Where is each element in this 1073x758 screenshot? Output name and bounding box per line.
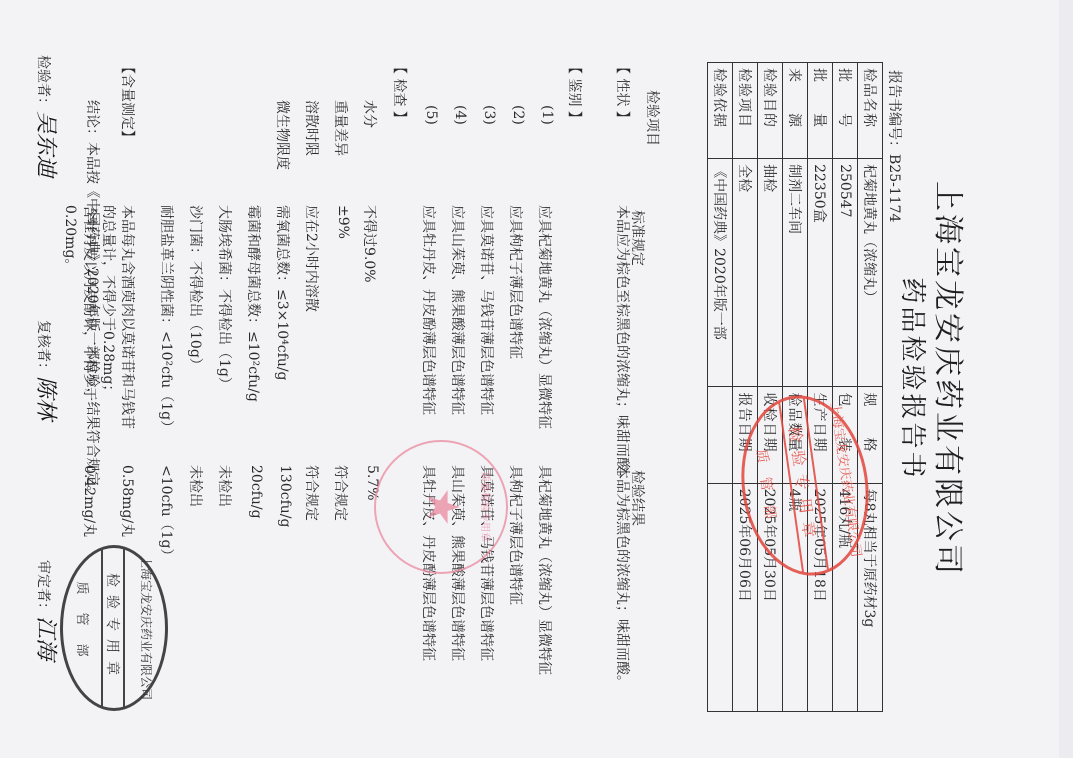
identification-standard: 应具山茱萸、熊果酸薄层色谱特征 bbox=[448, 205, 468, 415]
character-standard: 本品应为棕色至棕黑色的浓缩丸；味甜而酸。 bbox=[613, 205, 633, 485]
identification-no: (2) bbox=[510, 105, 526, 125]
star-icon: ★ bbox=[417, 442, 468, 572]
inspection-result: 130cfu/g bbox=[277, 465, 293, 527]
inspection-standard: 应在2小时内溶散 bbox=[302, 205, 322, 312]
character-result: 本品为棕黑色的浓缩丸；味甜而酸。 bbox=[613, 465, 633, 689]
inspection-item-name: 重量差异 bbox=[331, 100, 351, 156]
info-value bbox=[708, 483, 733, 711]
conclusion: 结论：本品按《中国药典》2020年版一部检验，结果符合规定。 bbox=[83, 100, 103, 500]
approver-signature: 审定者：江海 bbox=[32, 560, 63, 660]
inspection-standard: ±9% bbox=[335, 205, 351, 239]
identification-standard: 应具牡丹皮、丹皮酚薄层色谱特征 bbox=[419, 205, 439, 415]
assay-result: 0.58mg/丸 bbox=[118, 465, 138, 537]
inspection-result: 未检出 bbox=[186, 465, 206, 507]
identification-standard: 应具枸杞子薄层色谱特征 bbox=[506, 205, 526, 359]
company-title: 上海宝龙安庆药业有限公司 bbox=[929, 0, 973, 758]
info-label: 批 号 bbox=[833, 63, 858, 159]
inspector-signature: 检验者：吴东迪 bbox=[32, 55, 63, 177]
section-assay: 【含量测定】 bbox=[118, 60, 138, 144]
info-value: 全检 bbox=[733, 159, 758, 387]
inspection-standard: 大肠埃希菌：不得检出（1g） bbox=[215, 205, 235, 391]
info-table: 检品名称杞菊地黄丸（浓缩丸）规 格每8丸相当于原药材3g批 号250547包 装… bbox=[707, 62, 883, 712]
info-label: 检验依据 bbox=[708, 63, 733, 159]
inspection-result: 20cfu/g bbox=[248, 465, 264, 519]
identification-no: (5) bbox=[423, 105, 439, 125]
info-value: 《中国药典》2020年版一部 bbox=[708, 159, 733, 387]
section-character: 【 性状 】 bbox=[613, 60, 633, 125]
inspection-standard: 霉菌和酵母菌总数：≤10²cfu/g bbox=[244, 205, 264, 402]
gray-qa-stamp: 上海宝龙安庆药业有限公司 检验专用章 质管部 bbox=[60, 545, 168, 711]
section-inspection: 【 检查 】 bbox=[390, 60, 410, 125]
info-row: 检品名称杞菊地黄丸（浓缩丸）规 格每8丸相当于原药材3g bbox=[858, 63, 883, 712]
pink-star-stamp: 质量检验专用章 ★ bbox=[374, 440, 508, 574]
inspection-result: 未检出 bbox=[215, 465, 235, 507]
info-row: 检验依据《中国药典》2020年版一部 bbox=[708, 63, 733, 712]
info-label: 检验目的 bbox=[758, 63, 783, 159]
reviewer-signature: 复核者：陈林 bbox=[32, 320, 63, 420]
info-row: 批 量22350盒生产日期2025年05月18日 bbox=[808, 63, 833, 712]
info-row: 来 源制剂二车间检品数量4瓶 bbox=[783, 63, 808, 712]
info-label: 检验项目 bbox=[733, 63, 758, 159]
identification-result: 具杞菊地黄丸（浓缩丸）显微特征 bbox=[535, 465, 555, 675]
identification-no: (3) bbox=[481, 105, 497, 125]
inspection-standard: 耐胆盐革兰阴性菌：<10²cfu（1g） bbox=[157, 205, 177, 434]
info-row: 检验项目全检报告日期2025年06月06日 bbox=[733, 63, 758, 712]
identification-no: (1) bbox=[539, 105, 555, 125]
assay-standard-line: 本品每丸含酒萸肉以莫诺苷和马钱苷 bbox=[118, 205, 138, 429]
info-row: 批 号250547包 装416丸/瓶 bbox=[833, 63, 858, 712]
inspection-standard: 需氧菌总数：≤3×10⁴cfu/g bbox=[273, 205, 293, 381]
info-row: 检验目的抽检收检日期2025年05月30日 bbox=[758, 63, 783, 712]
inspection-item-name: 水分 bbox=[360, 100, 380, 128]
scan-edge-right bbox=[1059, 0, 1073, 758]
inspection-item-name: 溶散时限 bbox=[302, 100, 322, 156]
inspection-result: 符合规定 bbox=[302, 465, 322, 521]
inspection-standard: 不得过9.0% bbox=[360, 205, 380, 283]
identification-result: 具枸杞子薄层色谱特征 bbox=[506, 465, 526, 605]
report-number: 报告书编号：B25-1174 bbox=[885, 70, 905, 222]
inspection-item-name: 微生物限度 bbox=[273, 100, 293, 170]
inspection-standard: 沙门菌：不得检出（10g） bbox=[186, 205, 206, 372]
assay-standard-line: 0.20mg。 bbox=[61, 205, 81, 272]
info-value: 抽检 bbox=[758, 159, 783, 387]
info-value: 制剂二车间 bbox=[783, 159, 808, 387]
inspection-result: <10cfu（1g） bbox=[157, 465, 177, 562]
info-value: 22350盒 bbox=[808, 159, 833, 387]
info-value: 250547 bbox=[833, 159, 858, 387]
inspection-result: 符合规定 bbox=[331, 465, 351, 521]
info-label: 批 量 bbox=[808, 63, 833, 159]
identification-no: (4) bbox=[452, 105, 468, 125]
info-label bbox=[708, 387, 733, 483]
inspection-report-page: 上海宝龙安庆药业有限公司 药品检验报告书 报告书编号：B25-1174 检品名称… bbox=[0, 0, 1073, 758]
section-identification: 【 鉴别 】 bbox=[565, 60, 585, 125]
info-value: 杞菊地黄丸（浓缩丸） bbox=[858, 159, 883, 387]
info-label: 检品名称 bbox=[858, 63, 883, 159]
identification-standard: 应具莫诺苷、马钱苷薄层色谱特征 bbox=[477, 205, 497, 415]
info-label: 来 源 bbox=[783, 63, 808, 159]
column-header-item: 检验项目 bbox=[643, 90, 663, 146]
identification-standard: 应具杞菊地黄丸（浓缩丸）显微特征 bbox=[535, 205, 555, 429]
